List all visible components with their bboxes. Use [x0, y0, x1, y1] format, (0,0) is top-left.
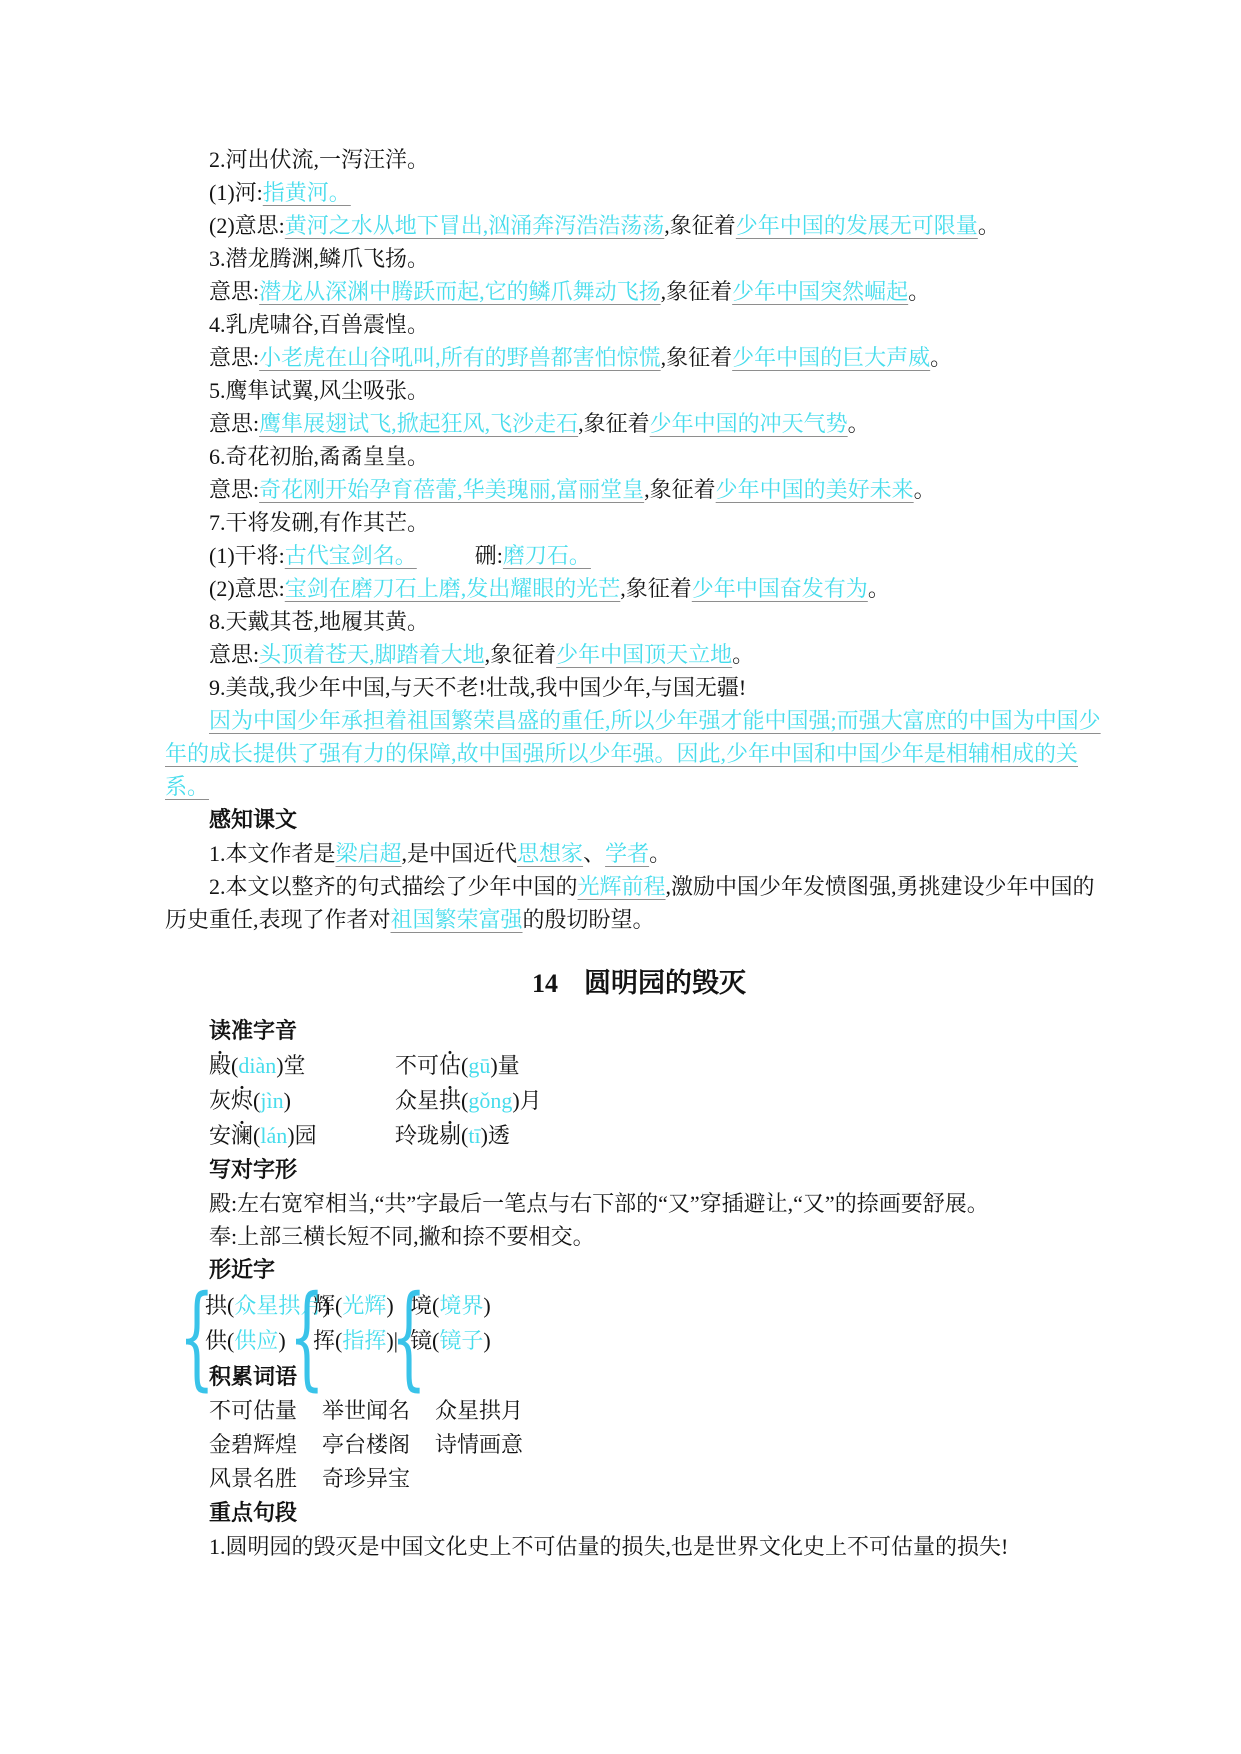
text-segment: ,象征着 [661, 345, 733, 370]
text-segment: 澜 [231, 1118, 253, 1153]
answer-text: 磨刀石。 [503, 543, 591, 568]
paragraph: 殿:左右宽窄相当,“共”字最后一笔点与右下部的“又”穿插避让,“又”的捺画要舒展… [165, 1187, 1113, 1220]
text-segment: 意思: [209, 345, 259, 370]
answer-text: lán [260, 1123, 287, 1148]
text-segment: ,是中国近代 [402, 841, 518, 866]
lesson-number: 14 [532, 969, 558, 998]
similar-char-entry: 供(供应) [205, 1324, 286, 1357]
lesson-name: 圆明园的毁灭 [584, 968, 746, 998]
answer-text: 头顶着苍天,脚踏着大地 [259, 642, 485, 667]
answer-text: 少年中国顶天立地 [556, 642, 732, 667]
paragraph: 意思:潜龙从深渊中腾跃而起,它的鳞爪舞动飞扬,象征着少年中国突然崛起。 [165, 275, 1113, 308]
text-segment: ,象征着 [661, 279, 733, 304]
answer-text: jìn [260, 1088, 283, 1113]
text-segment: 7.干将发硎,有作其芒。 [209, 510, 429, 535]
comprehension-body: 1.本文作者是梁启超,是中国近代思想家、学者。2.本文以整齐的句式描绘了少年中国… [165, 837, 1113, 936]
pinyin-entry: 不可估(gū)量 [395, 1048, 520, 1083]
text-segment: 众星 [395, 1088, 439, 1113]
text-segment: 。 [914, 477, 936, 502]
text-segment: 安 [209, 1123, 231, 1148]
pinyin-entry: 灰烬(jìn) [209, 1083, 395, 1118]
pinyin-row: 安澜(lán)园玲珑剔(tī)透 [209, 1118, 1113, 1153]
text-segment: (1)干将: [209, 543, 285, 568]
paragraph: (2)意思:宝剑在磨刀石上磨,发出耀眼的光芒,象征着少年中国奋发有为。 [165, 572, 1113, 605]
pinyin-entry: 众星拱(gǒng)月 [395, 1083, 542, 1118]
glyphs-heading: 写对字形 [165, 1153, 1113, 1187]
brace-decoration: { [391, 1281, 427, 1393]
answer-text: 镜子 [439, 1328, 483, 1353]
text-segment: ,象征着 [620, 576, 692, 601]
brace-decoration: { [289, 1281, 325, 1393]
text-segment: )园 [287, 1123, 316, 1148]
answer-text: 小老虎在山谷吼叫,所有的野兽都害怕惊慌 [259, 345, 661, 370]
text-segment: 9.美哉,我少年中国,与天不老!壮哉,我中国少年,与国无疆! [209, 675, 746, 700]
key-sentences-heading: 重点句段 [165, 1496, 1113, 1530]
answer-text: 梁启超 [336, 841, 402, 866]
paragraph: 意思:头顶着苍天,脚踏着大地,象征着少年中国顶天立地。 [165, 638, 1113, 671]
answer-text: 境界 [439, 1293, 483, 1318]
text-segment: 意思: [209, 477, 259, 502]
lesson13-notes: 2.河出伏流,一泻汪洋。(1)河:指黄河。(2)意思:黄河之水从地下冒出,汹涌奔… [165, 143, 1113, 803]
paragraph: 1.圆明园的毁灭是中国文化史上不可估量的损失,也是世界文化史上不可估量的损失! [165, 1530, 1113, 1563]
similar-char-entry: 辉(光辉) [313, 1289, 394, 1322]
answer-text: 宝剑在磨刀石上磨,发出耀眼的光芒 [285, 576, 621, 601]
text-segment: 。 [732, 642, 754, 667]
answer-text: 光辉 [342, 1293, 386, 1318]
answer-text: tī [468, 1123, 480, 1148]
text-segment: 6.奇花初胎,矞矞皇皇。 [209, 444, 429, 469]
word-item: 风景名胜 [209, 1462, 297, 1496]
answer-text: 学者 [605, 841, 649, 866]
text-segment: )量 [490, 1053, 519, 1078]
word-item: 金碧辉煌 [209, 1428, 297, 1462]
answer-text: gǒng [468, 1088, 512, 1113]
paragraph: (2)意思:黄河之水从地下冒出,汹涌奔泻浩浩荡荡,象征着少年中国的发展无可限量。 [165, 209, 1113, 242]
text-segment: 。 [649, 841, 671, 866]
text-segment: 4.乳虎啸谷,百兽震惶。 [209, 312, 429, 337]
text-segment: 、 [583, 841, 605, 866]
text-segment: )月 [512, 1088, 541, 1113]
answer-text: 少年中国奋发有为 [692, 576, 868, 601]
paragraph: 奉:上部三横长短不同,撇和捺不要相交。 [165, 1220, 1113, 1253]
lesson14-title: 14圆明园的毁灭 [165, 963, 1113, 1005]
word-item: 众星拱月 [435, 1394, 523, 1428]
paragraph: 意思:鹰隼展翅试飞,掀起狂风,飞沙走石,象征着少年中国的冲天气势。 [165, 407, 1113, 440]
text-segment: 的殷切盼望。 [523, 907, 655, 932]
answer-text: 指黄河。 [263, 180, 351, 205]
answer-text: 因为中国少年承担着祖国繁荣昌盛的重任,所以少年强才能中国强;而强大富庶的中国为中… [165, 708, 1101, 799]
text-segment: 1.本文作者是 [209, 841, 336, 866]
paragraph: 7.干将发硎,有作其芒。 [165, 506, 1113, 539]
answer-text: 少年中国的美好未来 [716, 477, 914, 502]
paragraph: 意思:奇花刚开始孕育蓓蕾,华美瑰丽,富丽堂皇,象征着少年中国的美好未来。 [165, 473, 1113, 506]
text-segment: 意思: [209, 411, 259, 436]
text-segment: 殿 [209, 1048, 231, 1083]
pinyin-entry: 殿(diàn)堂 [209, 1048, 395, 1083]
text-segment: ) [483, 1293, 490, 1318]
word-item: 诗情画意 [435, 1428, 523, 1462]
text-segment: 意思: [209, 642, 259, 667]
text-segment: ,象征着 [644, 477, 716, 502]
pinyin-row: 灰烬(jìn)众星拱(gǒng)月 [209, 1083, 1113, 1118]
paragraph: 9.美哉,我少年中国,与天不老!壮哉,我中国少年,与国无疆! [165, 671, 1113, 704]
document-page: 2.河出伏流,一泻汪洋。(1)河:指黄河。(2)意思:黄河之水从地下冒出,汹涌奔… [0, 0, 1241, 1754]
pinyin-entry: 安澜(lán)园 [209, 1118, 395, 1153]
text-segment: 玲珑 [395, 1123, 439, 1148]
paragraph: 2.河出伏流,一泻汪洋。 [165, 143, 1113, 176]
paragraph: (1)河:指黄河。 [165, 176, 1113, 209]
text-segment: ,象征着 [578, 411, 650, 436]
answer-text: 祖国繁荣富强 [391, 907, 523, 932]
paragraph: 因为中国少年承担着祖国繁荣昌盛的重任,所以少年强才能中国强;而强大富庶的中国为中… [165, 704, 1113, 803]
text-segment: (2)意思: [209, 576, 285, 601]
text-segment: ) [483, 1328, 490, 1353]
pinyin-entry: 玲珑剔(tī)透 [395, 1118, 510, 1153]
text-segment: 奉:上部三横长短不同,撇和捺不要相交。 [209, 1224, 595, 1249]
answer-text: 黄河之水从地下冒出,汹涌奔泻浩浩荡荡 [285, 213, 665, 238]
text-segment: ,象征着 [664, 213, 736, 238]
text-segment: 2.河出伏流,一泻汪洋。 [209, 147, 429, 172]
key-sentences-body: 1.圆明园的毁灭是中国文化史上不可估量的损失,也是世界文化史上不可估量的损失! [165, 1530, 1113, 1563]
text-segment: 。 [908, 279, 930, 304]
text-segment: 剔 [439, 1118, 461, 1153]
word-row: 不可估量举世闻名众星拱月 [209, 1394, 1113, 1428]
paragraph: 5.鹰隼试翼,风尘吸张。 [165, 374, 1113, 407]
answer-text: 少年中国的发展无可限量 [736, 213, 978, 238]
page-content: 2.河出伏流,一泻汪洋。(1)河:指黄河。(2)意思:黄河之水从地下冒出,汹涌奔… [165, 143, 1113, 1563]
answer-text: 供应 [234, 1328, 278, 1353]
answer-text: 少年中国的巨大声威 [732, 345, 930, 370]
text-segment: 2.本文以整齐的句式描绘了少年中国的 [209, 874, 578, 899]
answer-text: 鹰隼展翅试飞,掀起狂风,飞沙走石 [259, 411, 578, 436]
word-item: 奇珍异宝 [322, 1462, 410, 1496]
text-segment: )堂 [276, 1053, 305, 1078]
paragraph: 1.本文作者是梁启超,是中国近代思想家、学者。 [165, 837, 1113, 870]
text-segment: 。 [978, 213, 1000, 238]
paragraph: 8.天戴其苍,地履其黄。 [165, 605, 1113, 638]
pinyin-row: 殿(diàn)堂不可估(gū)量 [209, 1048, 1113, 1083]
similar-chars-columns: {拱(众星拱月)供(供应){辉(光辉)挥(指挥)|{境(境界)镜(镜子) [165, 1289, 1113, 1360]
similar-char-entry: 挥(指挥)| [313, 1324, 398, 1357]
answer-text: 古代宝剑名。 [285, 543, 417, 568]
text-segment: 殿:左右宽窄相当,“共”字最后一笔点与右下部的“又”穿插避让,“又”的捺画要舒展… [209, 1191, 989, 1216]
answer-text: 潜龙从深渊中腾跃而起,它的鳞爪舞动飞扬 [259, 279, 661, 304]
paragraph: (1)干将:古代宝剑名。硎:磨刀石。 [165, 539, 1113, 572]
paragraph: 意思:小老虎在山谷吼叫,所有的野兽都害怕惊慌,象征着少年中国的巨大声威。 [165, 341, 1113, 374]
text-segment: 。 [930, 345, 952, 370]
paragraph: 2.本文以整齐的句式描绘了少年中国的光辉前程,激励中国少年发愤图强,勇挑建设少年… [165, 870, 1113, 936]
text-segment: ,象征着 [485, 642, 557, 667]
text-segment: 1.圆明园的毁灭是中国文化史上不可估量的损失,也是世界文化史上不可估量的损失! [209, 1534, 1008, 1559]
answer-text: 光辉前程 [578, 874, 666, 899]
answer-text: 指挥 [342, 1328, 386, 1353]
answer-text: 少年中国的冲天气势 [650, 411, 848, 436]
paragraph: 6.奇花初胎,矞矞皇皇。 [165, 440, 1113, 473]
answer-text: 奇花刚开始孕育蓓蕾,华美瑰丽,富丽堂皇 [259, 477, 644, 502]
text-segment: (2)意思: [209, 213, 285, 238]
answer-text: 思想家 [517, 841, 583, 866]
answer-text: gū [468, 1053, 490, 1078]
comprehension-heading: 感知课文 [165, 803, 1113, 837]
word-item: 不可估量 [209, 1394, 297, 1428]
text-segment: )透 [481, 1123, 510, 1148]
paragraph: 3.潜龙腾渊,鳞爪飞扬。 [165, 242, 1113, 275]
glyphs-body: 殿:左右宽窄相当,“共”字最后一笔点与右下部的“又”穿插避让,“又”的捺画要舒展… [165, 1187, 1113, 1253]
text-segment: 灰 [209, 1088, 231, 1113]
text-segment: 意思: [209, 279, 259, 304]
pronunciation-heading: 读准字音 [165, 1014, 1113, 1048]
text-segment: ) [284, 1088, 291, 1113]
brace-decoration: { [179, 1281, 215, 1393]
word-item: 亭台楼阁 [322, 1428, 410, 1462]
text-segment: ) [278, 1328, 285, 1353]
paragraph: 4.乳虎啸谷,百兽震惶。 [165, 308, 1113, 341]
word-row: 风景名胜奇珍异宝 [209, 1462, 1113, 1496]
text-segment: (1)河: [209, 180, 263, 205]
text-segment: 3.潜龙腾渊,鳞爪飞扬。 [209, 246, 429, 271]
text-segment: 硎: [475, 543, 503, 568]
text-segment: 8.天戴其苍,地履其黄。 [209, 609, 429, 634]
answer-text: 少年中国突然崛起 [732, 279, 908, 304]
word-list: 不可估量举世闻名众星拱月金碧辉煌亭台楼阁诗情画意风景名胜奇珍异宝 [165, 1394, 1113, 1496]
pronunciation-rows: 殿(diàn)堂不可估(gū)量灰烬(jìn)众星拱(gǒng)月安澜(lán)… [165, 1048, 1113, 1153]
text-segment: 5.鹰隼试翼,风尘吸张。 [209, 378, 429, 403]
text-segment: 。 [848, 411, 870, 436]
text-segment: 。 [868, 576, 890, 601]
text-segment: 不可 [395, 1053, 439, 1078]
word-row: 金碧辉煌亭台楼阁诗情画意 [209, 1428, 1113, 1462]
